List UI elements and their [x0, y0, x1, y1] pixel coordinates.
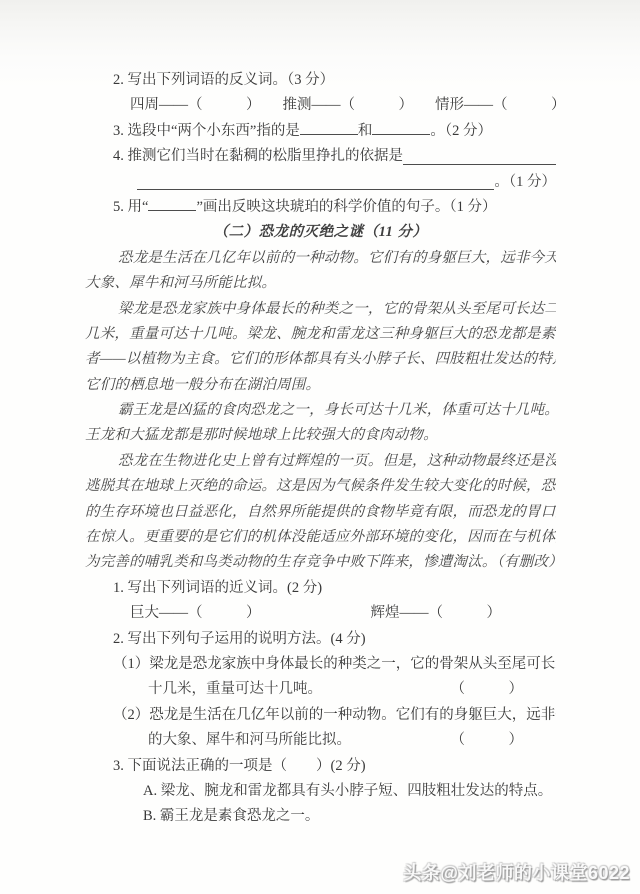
antonym-item-sizhou: 四周——（ ）: [130, 93, 261, 118]
section-2-heading: （二）恐龙的灭绝之谜（11 分）: [85, 220, 556, 245]
passage-line: 恐龙是生活在几亿年以前的一种动物。它们有的身躯巨大，远非今天的: [85, 246, 556, 271]
question-2-sub1-line2: 十几米，重量可达十几吨。（ ）: [85, 677, 556, 702]
question-4-basis-line1: 4. 推测它们当时在黏稠的松脂里挣扎的依据是: [85, 144, 556, 169]
passage-line: 王龙和大猛龙都是那时候地球上比较强大的食肉动物。: [85, 423, 556, 448]
question-4-basis-line2: 。（1 分）: [85, 170, 556, 195]
antonym-item-qingxing: 情形——（ ）: [435, 93, 556, 118]
question-2-sub1-text: 十几米，重量可达十几吨。: [148, 677, 322, 702]
question-5-pre: 5. 用“: [113, 199, 148, 215]
passage-line: 几米，重量可达十几吨。梁龙、腕龙和雷龙这三种身躯巨大的恐龙都是素食: [85, 322, 556, 347]
antonym-item-tuice: 推测——（ ）: [283, 93, 414, 118]
question-2-sub1-line1: （1）梁龙是恐龙家族中身体最长的种类之一，它的骨架从头至尾可长达二: [85, 652, 556, 677]
answer-blank: [403, 151, 556, 165]
question-4-points: 。（1 分）: [494, 170, 556, 195]
answer-blank: [148, 197, 196, 211]
answer-blank: [137, 176, 494, 190]
passage-line: 恐龙在生物进化史上曾有过辉煌的一页。但是，这种动物最终还是没有: [85, 449, 556, 474]
passage-line: 的生存环境也日益恶化，自然界所能提供的食物毕竟有限，而恐龙的胃口实: [85, 500, 556, 525]
passage-line: 霸王龙是凶猛的食肉恐龙之一，身长可达十几米，体重可达十几吨。霸: [85, 398, 556, 423]
question-3-two-things: 3. 选段中“两个小东西”指的是和。（2 分）: [85, 119, 556, 144]
passage-line: 逃脱其在地球上灭绝的命运。这是因为气候条件发生较大变化的时候，恐龙: [85, 474, 556, 499]
passage-line: 它们的栖息地一般分布在湖泊周围。: [85, 373, 556, 398]
answer-paren: （ ）: [451, 728, 524, 753]
synonym-row: 巨大——（ ） 辉煌——（ ）: [85, 601, 556, 626]
toutiao-watermark: 头条@刘老师的小课堂6022: [403, 859, 630, 885]
answer-blank: [372, 121, 430, 135]
exam-page: 2. 写出下列词语的反义词。（3 分） 四周——（ ） 推测——（ ） 情形——…: [85, 68, 556, 830]
passage-line: 者——以植物为主食。它们的形体都具有头小脖子长、四肢粗壮发达的特点。: [85, 347, 556, 372]
question-3-and: 和: [358, 123, 373, 139]
passage-line: 梁龙是恐龙家族中身体最长的种类之一，它的骨架从头至尾可长达二十: [85, 297, 556, 322]
synonym-item-huihuang: 辉煌——（ ）: [371, 601, 502, 626]
question-2-sub2-text: 的大象、犀牛和河马所能比拟。: [148, 728, 351, 753]
question-2-methods-label: 2. 写出下列句子运用的说明方法。(4 分): [85, 627, 556, 652]
question-1-synonyms-label: 1. 写出下列词语的近义词。(2 分): [85, 576, 556, 601]
option-b: B. 霸王龙是素食恐龙之一。: [85, 804, 556, 829]
passage-line: 为完善的哺乳类和鸟类动物的生存竞争中败下阵来，惨遭淘汰。（有删改）: [85, 550, 556, 575]
antonym-row: 四周——（ ） 推测——（ ） 情形——（ ）: [85, 93, 556, 118]
question-3-points: 。（2 分）: [430, 123, 492, 139]
question-5-underline-sentence: 5. 用“”画出反映这块琥珀的科学价值的句子。（1 分）: [85, 195, 556, 220]
option-a: A. 梁龙、腕龙和雷龙都具有头小脖子短、四肢粗壮发达的特点。: [85, 779, 556, 804]
answer-paren: （ ）: [451, 677, 524, 702]
question-3-text: 3. 选段中“两个小东西”指的是: [113, 123, 300, 139]
question-3-choice-label: 3. 下面说法正确的一项是（ ）(2 分): [85, 754, 556, 779]
answer-blank: [300, 121, 358, 135]
question-2-sub2-line1: （2）恐龙是生活在几亿年以前的一种动物。它们有的身躯巨大，远非今天: [85, 703, 556, 728]
question-2-antonyms-label: 2. 写出下列词语的反义词。（3 分）: [85, 68, 556, 93]
question-4-text: 4. 推测它们当时在黏稠的松脂里挣扎的依据是: [113, 144, 403, 169]
passage-line: 在惊人。更重要的是它们的机体没能适应外部环境的变化，因而在与机体更: [85, 525, 556, 550]
passage-line: 大象、犀牛和河马所能比拟。: [85, 271, 556, 296]
question-5-text: ”画出反映这块琥珀的科学价值的句子。（1 分）: [196, 199, 496, 215]
question-2-sub2-line2: 的大象、犀牛和河马所能比拟。（ ）: [85, 728, 556, 753]
synonym-item-juda: 巨大——（ ）: [130, 601, 261, 626]
